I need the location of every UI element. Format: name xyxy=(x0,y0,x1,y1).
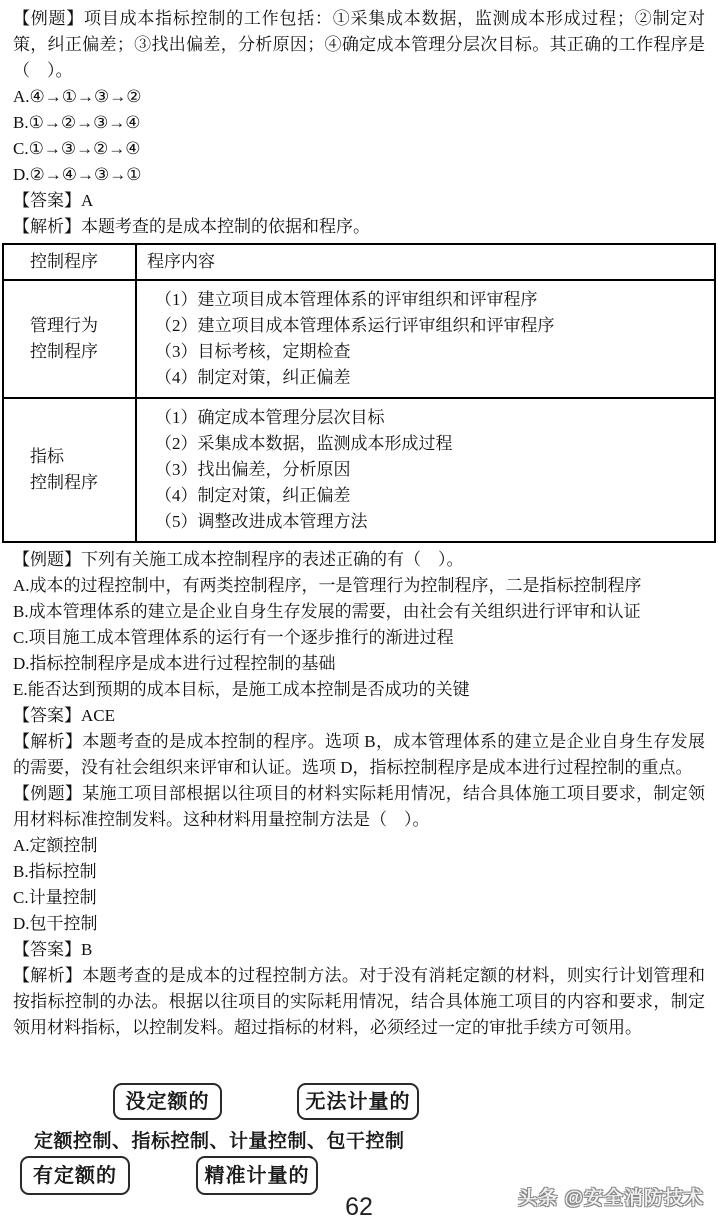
watermark-text: 头条 @安全消防技术 xyxy=(518,1186,704,1212)
row2-item-2: （2）采集成本数据，监测成本形成过程 xyxy=(155,431,710,457)
question3-option-c: C.计量控制 xyxy=(0,885,718,911)
question1-option-a: A.④→①→③→② xyxy=(0,84,718,110)
question3-option-d: D.包干控制 xyxy=(0,911,718,937)
row2-item-4: （4）制定对策，纠正偏差 xyxy=(155,483,710,509)
control-procedure-table: 控制程序 程序内容 管理行为 控制程序 （1）建立项目成本管理体系的评审组织和评… xyxy=(2,243,716,543)
row1-label: 管理行为 控制程序 xyxy=(3,280,136,398)
question3-option-a: A.定额控制 xyxy=(0,833,718,859)
row1-item-1: （1）建立项目成本管理体系的评审组织和评审程序 xyxy=(155,287,710,313)
question3-answer: 【答案】B xyxy=(0,937,718,963)
question1-answer: 【答案】A xyxy=(0,188,718,214)
diagram-box-precise-measure: 精准计量的 xyxy=(196,1156,318,1195)
table-row: 管理行为 控制程序 （1）建立项目成本管理体系的评审组织和评审程序 （2）建立项… xyxy=(3,280,715,398)
table-header-row: 控制程序 程序内容 xyxy=(3,244,715,280)
question3-option-b: B.指标控制 xyxy=(0,859,718,885)
question1-option-d: D.②→④→③→① xyxy=(0,162,718,188)
row2-items: （1）确定成本管理分层次目标 （2）采集成本数据，监测成本形成过程 （3）找出偏… xyxy=(136,398,715,542)
diagram-box-has-quota: 有定额的 xyxy=(20,1156,130,1195)
row2-item-1: （1）确定成本管理分层次目标 xyxy=(155,405,710,431)
document-page: 【例题】项目成本指标控制的工作包括：①采集成本数据，监测成本形成过程；②制定对策… xyxy=(0,0,718,1232)
row2-item-3: （3）找出偏差，分析原因 xyxy=(155,457,710,483)
question2-stem: 【例题】下列有关施工成本控制程序的表述正确的有（ ）。 xyxy=(0,547,718,573)
question2-answer: 【答案】ACE xyxy=(0,703,718,729)
diagram-methods-line: 定额控制、指标控制、计量控制、包干控制 xyxy=(34,1129,405,1155)
question1-option-c: C.①→③→②→④ xyxy=(0,136,718,162)
question2-option-c: C.项目施工成本管理体系的运行有一个逐步推行的渐进过程 xyxy=(0,625,718,651)
row1-item-3: （3）目标考核，定期检查 xyxy=(155,339,710,365)
question2-option-e: E.能否达到预期的成本目标，是施工成本控制是否成功的关键 xyxy=(0,677,718,703)
question2-analysis: 【解析】本题考查的是成本控制的程序。选项 B，成本管理体系的建立是企业自身生存发… xyxy=(0,729,718,781)
row2-item-5: （5）调整改进成本管理方法 xyxy=(155,509,710,535)
table-header-procedure: 控制程序 xyxy=(3,244,136,280)
question2-option-a: A.成本的过程控制中，有两类控制程序，一是管理行为控制程序，二是指标控制程序 xyxy=(0,573,718,599)
question1-stem: 【例题】项目成本指标控制的工作包括：①采集成本数据，监测成本形成过程；②制定对策… xyxy=(0,6,718,84)
row1-items: （1）建立项目成本管理体系的评审组织和评审程序 （2）建立项目成本管理体系运行评… xyxy=(136,280,715,398)
page-content: 【例题】项目成本指标控制的工作包括：①采集成本数据，监测成本形成过程；②制定对策… xyxy=(0,0,718,1209)
question1-analysis: 【解析】本题考查的是成本控制的依据和程序。 xyxy=(0,214,718,240)
diagram-box-not-measurable: 无法计量的 xyxy=(297,1083,419,1120)
table-header-content: 程序内容 xyxy=(136,244,715,280)
question2-option-b: B.成本管理体系的建立是企业自身生存发展的需要，由社会有关组织进行评审和认证 xyxy=(0,599,718,625)
diagram-box-no-quota: 没定额的 xyxy=(113,1083,222,1120)
question2-option-d: D.指标控制程序是成本进行过程控制的基础 xyxy=(0,651,718,677)
row1-item-2: （2）建立项目成本管理体系运行评审组织和评审程序 xyxy=(155,313,710,339)
question1-option-b: B.①→②→③→④ xyxy=(0,110,718,136)
row1-item-4: （4）制定对策，纠正偏差 xyxy=(155,365,710,391)
question3-analysis: 【解析】本题考查的是成本的过程控制方法。对于没有消耗定额的材料，则实行计划管理和… xyxy=(0,963,718,1041)
question3-stem: 【例题】某施工项目部根据以往项目的材料实际耗用情况，结合具体施工项目要求，制定领… xyxy=(0,781,718,833)
row2-label: 指标 控制程序 xyxy=(3,398,136,542)
table-row: 指标 控制程序 （1）确定成本管理分层次目标 （2）采集成本数据，监测成本形成过… xyxy=(3,398,715,542)
